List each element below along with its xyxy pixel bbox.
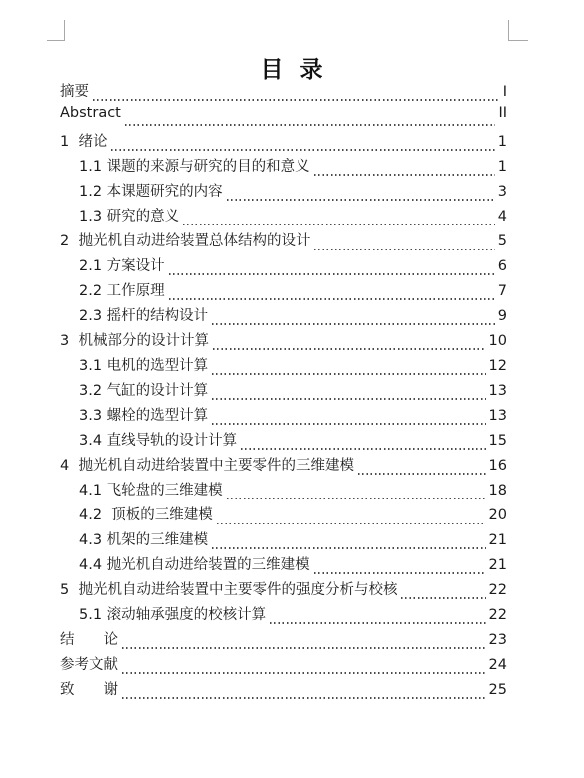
toc-entry-page-number: 18 (489, 483, 507, 499)
page-margin-mark-top-left (47, 20, 65, 41)
toc-entry-label: 摘要 (60, 80, 89, 101)
dot-leader (314, 174, 495, 176)
toc-entry-page-number: 1 (498, 159, 507, 175)
toc-entry-label: 结 论 (60, 628, 118, 649)
toc-entry-label: 4 抛光机自动进给装置中主要零件的三维建模 (60, 454, 354, 475)
toc-entry[interactable]: 2.2 工作原理 7 (60, 279, 507, 304)
toc-entry[interactable]: Abstract II (60, 105, 507, 130)
dot-leader (401, 597, 485, 599)
dot-leader (227, 498, 486, 500)
dot-leader (122, 647, 486, 649)
toc-entry[interactable]: 5.1 滚动轴承强度的校核计算 22 (60, 603, 507, 628)
toc-entry[interactable]: 致 谢 25 (60, 678, 507, 703)
toc-entry[interactable]: 4.2 顶板的三维建模 20 (60, 503, 507, 528)
toc-entry-page-number: 6 (498, 258, 507, 274)
toc-entry-page-number: 16 (489, 458, 507, 474)
toc-entry-page-number: 7 (498, 283, 507, 299)
dot-leader (212, 323, 495, 325)
dot-leader (213, 348, 486, 350)
toc-entry[interactable]: 3.2 气缸的设计计算 13 (60, 379, 507, 404)
dot-leader (111, 149, 494, 151)
toc-entry-page-number: 13 (489, 383, 507, 399)
toc-entry-label: 2.2 工作原理 (79, 279, 165, 300)
toc-entry[interactable]: 结 论 23 (60, 628, 507, 653)
toc-entry-page-number: 23 (489, 632, 507, 648)
toc-entry-page-number: 21 (489, 532, 507, 548)
dot-leader (212, 423, 485, 425)
page-margin-mark-top-right (508, 20, 528, 41)
toc-entry-label: 5 抛光机自动进给装置中主要零件的强度分析与校核 (60, 578, 397, 599)
toc-entry-label: 1.2 本课题研究的内容 (79, 180, 223, 201)
toc-entry-label: 4.2 顶板的三维建模 (79, 503, 213, 524)
dot-leader (212, 373, 485, 375)
toc-entry[interactable]: 摘要 I (60, 80, 507, 105)
toc-entry[interactable]: 3 机械部分的设计计算 10 (60, 329, 507, 354)
toc-entry[interactable]: 1 绪论 1 (60, 130, 507, 155)
toc-entry[interactable]: 3.3 螺栓的选型计算 13 (60, 404, 507, 429)
toc-entry[interactable]: 2.1 方案设计 6 (60, 254, 507, 279)
toc-entry-label: 致 谢 (60, 678, 118, 699)
dot-leader (314, 249, 494, 251)
toc-entry-label: 4.1 飞轮盘的三维建模 (79, 479, 223, 500)
dot-leader (93, 99, 500, 101)
toc-entry[interactable]: 1.1 课题的来源与研究的目的和意义 1 (60, 155, 507, 180)
toc-entry-label: 2.1 方案设计 (79, 254, 165, 275)
toc-entry-page-number: II (498, 105, 507, 121)
toc-entry-page-number: 25 (489, 682, 507, 698)
toc-entry[interactable]: 4.3 机架的三维建模 21 (60, 528, 507, 553)
toc-list: 摘要 I Abstract II 1 绪论 1 1.1 课题的来源与研究的目的和… (60, 80, 507, 703)
toc-entry[interactable]: 4 抛光机自动进给装置中主要零件的三维建模 16 (60, 454, 507, 479)
toc-entry-label: Abstract (60, 105, 121, 121)
toc-entry-label: 3.1 电机的选型计算 (79, 354, 208, 375)
dot-leader (314, 572, 486, 574)
toc-entry[interactable]: 3.4 直线导轨的设计计算 15 (60, 429, 507, 454)
dot-leader (169, 273, 495, 275)
toc-entry-label: 参考文献 (60, 653, 118, 674)
toc-entry-page-number: 12 (489, 358, 507, 374)
toc-entry-label: 1.1 课题的来源与研究的目的和意义 (79, 155, 310, 176)
toc-entry-page-number: 24 (489, 657, 507, 673)
toc-entry-label: 4.4 抛光机自动进给装置的三维建模 (79, 553, 310, 574)
toc-entry-label: 2 抛光机自动进给装置总体结构的设计 (60, 229, 310, 250)
dot-leader (227, 199, 495, 201)
dot-leader (212, 398, 485, 400)
toc-entry-page-number: 5 (498, 233, 507, 249)
toc-entry[interactable]: 3.1 电机的选型计算 12 (60, 354, 507, 379)
toc-entry-label: 4.3 机架的三维建模 (79, 528, 208, 549)
dot-leader (125, 124, 496, 126)
toc-entry-label: 3.3 螺栓的选型计算 (79, 404, 208, 425)
toc-entry[interactable]: 2.3 摇杆的结构设计 9 (60, 304, 507, 329)
dot-leader (183, 224, 495, 226)
dot-leader (169, 298, 495, 300)
toc-entry-page-number: 13 (489, 408, 507, 424)
toc-entry-label: 1 绪论 (60, 130, 107, 151)
dot-leader (358, 473, 486, 475)
toc-entry-label: 2.3 摇杆的结构设计 (79, 304, 208, 325)
toc-entry[interactable]: 1.2 本课题研究的内容 3 (60, 180, 507, 205)
toc-entry[interactable]: 2 抛光机自动进给装置总体结构的设计 5 (60, 229, 507, 254)
dot-leader (241, 448, 485, 450)
dot-leader (122, 672, 486, 674)
toc-entry-page-number: I (503, 84, 507, 100)
toc-entry-page-number: 3 (498, 184, 507, 200)
dot-leader (217, 523, 486, 525)
toc-entry-page-number: 20 (489, 507, 507, 523)
dot-leader (212, 547, 485, 549)
toc-entry-page-number: 22 (489, 582, 507, 598)
toc-entry-label: 3.2 气缸的设计计算 (79, 379, 208, 400)
toc-entry[interactable]: 5 抛光机自动进给装置中主要零件的强度分析与校核 22 (60, 578, 507, 603)
toc-entry-label: 3 机械部分的设计计算 (60, 329, 209, 350)
toc-entry-page-number: 9 (498, 308, 507, 324)
toc-entry[interactable]: 参考文献 24 (60, 653, 507, 678)
toc-entry-label: 1.3 研究的意义 (79, 205, 179, 226)
toc-entry[interactable]: 4.4 抛光机自动进给装置的三维建模 21 (60, 553, 507, 578)
toc-entry-page-number: 4 (498, 209, 507, 225)
toc-entry-page-number: 22 (489, 607, 507, 623)
toc-entry[interactable]: 4.1 飞轮盘的三维建模 18 (60, 479, 507, 504)
toc-entry-page-number: 10 (489, 333, 507, 349)
toc-entry[interactable]: 1.3 研究的意义 4 (60, 205, 507, 230)
toc-entry-page-number: 1 (498, 134, 507, 150)
toc-entry-label: 3.4 直线导轨的设计计算 (79, 429, 237, 450)
toc-entry-label: 5.1 滚动轴承强度的校核计算 (79, 603, 266, 624)
dot-leader (270, 622, 485, 624)
toc-entry-page-number: 21 (489, 557, 507, 573)
toc-entry-page-number: 15 (489, 433, 507, 449)
dot-leader (122, 697, 486, 699)
